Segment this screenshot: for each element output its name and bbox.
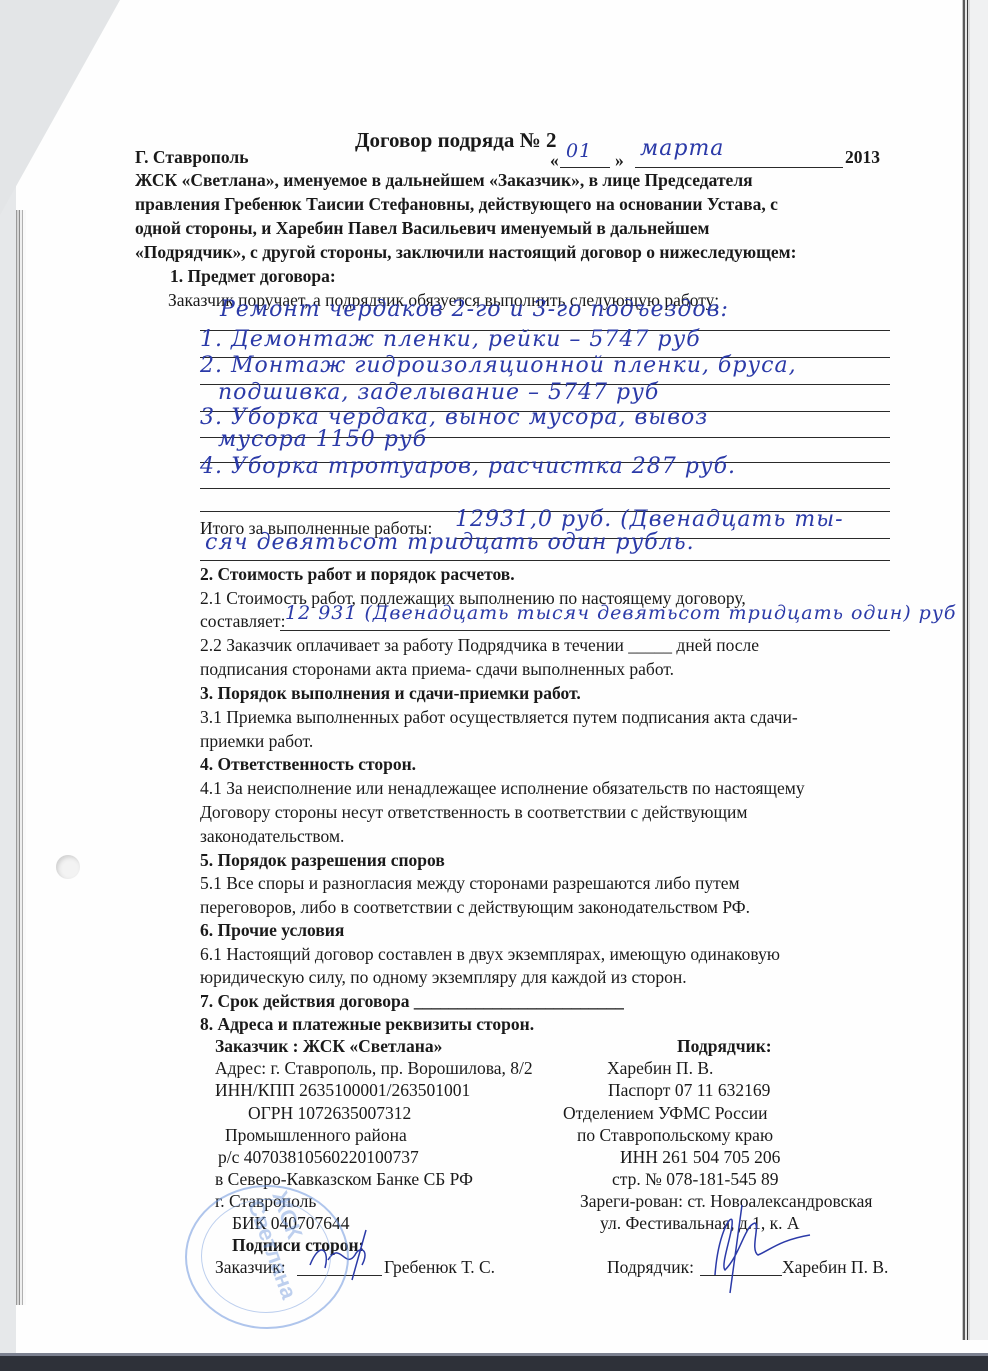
date-day: 01 — [566, 141, 592, 161]
document-title: Договор подряда № 2 — [355, 130, 556, 150]
cost-handwritten: 12 931 (Двенадцать тысяч девятьсот тридц… — [285, 603, 956, 623]
page-folded-corner — [0, 0, 120, 215]
section-heading: 4. Ответственность сторон. — [200, 754, 416, 774]
section-heading: 1. Предмет договора: — [170, 266, 336, 286]
handwritten-line: подшивка, заделывание – 5747 руб — [218, 383, 659, 403]
handwritten-line: 4. Уборка тротуаров, расчистка 287 руб. — [200, 457, 736, 477]
fill-line — [200, 560, 890, 561]
total-handwritten-words: сяч девятьсот тридцать один рубль. — [205, 533, 695, 553]
handwritten-line: 3. Уборка чердака, вынос мусора, вывоз — [200, 408, 708, 428]
scanner-bottom-bar — [0, 1356, 988, 1371]
contractor-sign-label: Подрядчик: — [607, 1257, 694, 1277]
section-requisites: 8. Адреса и платежные реквизиты сторон. — [200, 1014, 534, 1034]
section-heading: 2. Стоимость работ и порядок расчетов. — [200, 564, 515, 584]
contractor-heading: Подрядчик: — [677, 1036, 772, 1056]
handwritten-line: Ремонт чердаков 2-го и 3-го подъездов: — [220, 300, 729, 320]
section-heading: 6. Прочие условия — [200, 920, 344, 940]
fill-line — [200, 488, 890, 489]
customer-sign-name: Гребенюк Т. С. — [384, 1257, 495, 1277]
section-term: 7. Срок действия договора ______________… — [200, 991, 624, 1011]
section-heading: 3. Порядок выполнения и сдачи-приемки ра… — [200, 683, 581, 703]
fill-line — [280, 630, 890, 631]
organization-stamp: ЖСК Светлана — [185, 1185, 349, 1329]
contractor-signature — [700, 1195, 820, 1295]
handwritten-line: 2. Монтаж гидроизоляционной пленки, брус… — [200, 356, 797, 376]
customer-heading: Заказчик : ЖСК «Светлана» — [215, 1036, 442, 1056]
page-left-edge — [16, 210, 26, 1305]
total-handwritten: 12931,0 руб. (Двенадцать ты- — [455, 510, 844, 530]
date-day-line — [560, 167, 610, 168]
section-heading: 5. Порядок разрешения споров — [200, 850, 445, 870]
city: Г. Ставрополь — [135, 147, 249, 167]
punch-hole — [56, 855, 80, 879]
scanner-right-margin — [970, 0, 988, 1340]
date-year: 2013 — [845, 147, 880, 167]
handwritten-line: 1. Демонтаж пленки, рейки – 5747 руб — [200, 330, 701, 350]
handwritten-line: мусора 1150 руб — [218, 430, 427, 450]
page-right-edge — [962, 0, 970, 1340]
date-month-line — [635, 167, 843, 168]
date-month: марта — [640, 139, 724, 159]
